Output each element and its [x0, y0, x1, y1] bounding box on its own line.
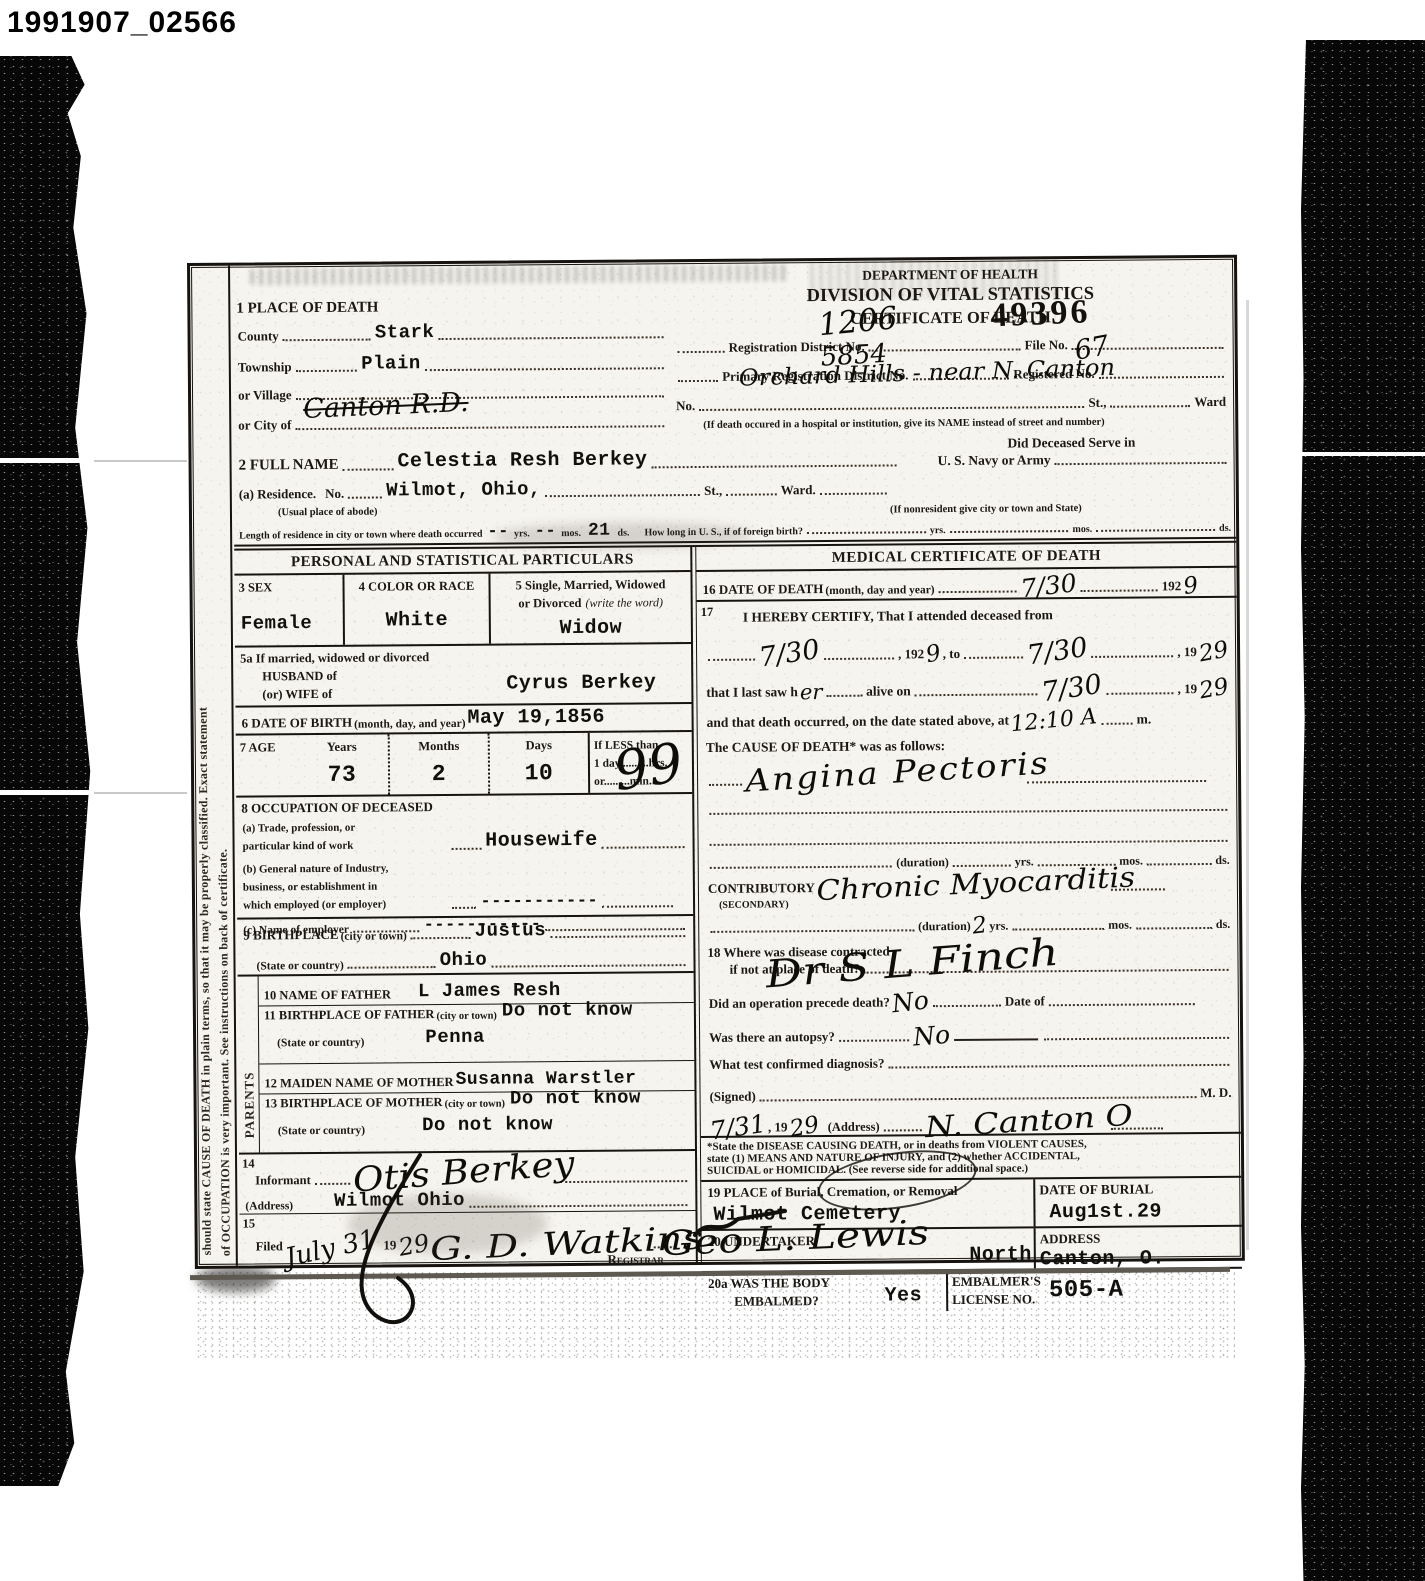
father-state-value: Penna — [425, 1026, 485, 1048]
occupation-b-label3: which employed (or employer) — [243, 898, 386, 911]
age-days-cell: Days 10 — [488, 733, 588, 794]
city-label: or City of — [238, 417, 291, 433]
dotted-leader — [869, 348, 1021, 351]
dotted-leader — [964, 656, 1023, 658]
dotted-leader — [1012, 928, 1104, 931]
test-line: What test confirmed diagnosis? — [708, 1053, 1232, 1073]
date-of-death-row: 16 DATE OF DEATH (month, day and year) 7… — [696, 568, 1236, 602]
embalmed-value: Yes — [885, 1284, 923, 1307]
county-label: County — [238, 328, 279, 344]
occupation-row: 8 OCCUPATION OF DECEASED (a) Trade, prof… — [236, 794, 693, 920]
signed-address-label: (Address) — [828, 1120, 880, 1135]
spouse-value: Cyrus Berkey — [506, 671, 656, 695]
autopsy-label: Was there an autopsy? — [709, 1029, 835, 1046]
pen-flourish-descender — [270, 1150, 530, 1350]
dotted-leader — [710, 840, 1228, 846]
howlong-ds-label: ds. — [1219, 523, 1231, 534]
embalmed-cell: 20a WAS THE BODY EMBALMED? Yes — [702, 1271, 948, 1313]
scanner-edge-right — [1301, 40, 1425, 1581]
dotted-leader — [710, 929, 914, 933]
age-years-cell: Years 73 — [296, 734, 388, 795]
secondary-label: (SECONDARY) — [719, 899, 789, 911]
dod-year-printed: 192 — [1162, 578, 1182, 594]
age-months-cell: Months 2 — [388, 734, 488, 795]
age-years-value: 73 — [328, 762, 357, 788]
father-birthplace-label: 11 BIRTHPLACE OF FATHER — [264, 1007, 435, 1023]
edge-shadow — [1246, 300, 1249, 1250]
dotted-leader — [1080, 589, 1157, 592]
operation-date-label: Date of — [1005, 993, 1045, 1009]
ward-label: Ward — [1194, 394, 1226, 410]
mother-state-value: Do not know — [422, 1113, 553, 1136]
scanner-edge-left — [0, 56, 94, 1486]
birthplace-state-line: (State or country) Ohio — [242, 947, 688, 973]
dotted-leader — [709, 784, 742, 786]
autopsy-line: Was there an autopsy? No — [708, 1019, 1232, 1046]
dotted-leader — [888, 1064, 1229, 1069]
occupation-a-value: Housewife — [485, 829, 598, 853]
dotted-leader — [824, 657, 894, 660]
certify-text: I HEREBY CERTIFY, That I attended deceas… — [743, 607, 1053, 624]
navy-line1: Did Deceased Serve in — [1007, 435, 1135, 451]
dotted-leader — [550, 935, 685, 938]
dotted-leader — [939, 590, 1016, 593]
marital-label1: 5 Single, Married, Widowed — [516, 577, 666, 592]
dotted-leader — [678, 380, 718, 382]
spouse-row: 5a If married, widowed or divorced HUSBA… — [235, 644, 691, 708]
occurred-text: and that death occurred, on the date sta… — [707, 713, 1009, 731]
abode-note: (Usual place of abode) — [278, 507, 378, 519]
scan-artifact-line — [0, 790, 94, 795]
dotted-leader — [950, 530, 1069, 533]
township-value: Plain — [361, 352, 421, 374]
last-saw-date-handwriting: 7/30 — [1040, 669, 1105, 709]
age-days-value: 10 — [525, 760, 554, 786]
residence-no-label: No. — [325, 486, 344, 502]
birthplace-line: 9 BIRTHPLACE (city or town) Justus — [242, 918, 688, 944]
operation-value-handwriting: No — [890, 985, 930, 1018]
last-saw-prefix: that I last saw h — [706, 684, 798, 701]
dotted-leader — [1027, 780, 1206, 783]
dotted-leader — [1049, 1003, 1195, 1006]
registration-district-handwriting: 1206 — [817, 303, 898, 341]
residence-row: (a) Residence. No. Wilmot, Ohio, St., Wa… — [234, 473, 1236, 521]
age-label: 7 AGE — [240, 740, 276, 754]
father-state-label: (State or country) — [277, 1037, 364, 1050]
license-cell: EMBALMER'S LICENSE NO. 505-A — [948, 1269, 1242, 1311]
street-no-label: No. — [676, 398, 695, 414]
dotted-leader — [411, 937, 471, 939]
last-saw-suffix: alive on — [866, 683, 911, 699]
birthplace-state-value: Ohio — [440, 949, 488, 971]
township-label: Township — [238, 359, 292, 375]
dotted-leader — [915, 693, 1038, 696]
dob-label: 6 DATE OF BIRTH — [242, 715, 353, 732]
father-birthplace-row: 11 BIRTHPLACE OF FATHER (city or town) D… — [259, 1003, 694, 1064]
sex-race-marital-row: 3 SEX Female 4 COLOR OR RACE White 5 Sin… — [234, 572, 691, 648]
nonresident-note-block: (If nonresident give city or town and St… — [890, 473, 1230, 516]
undertaker-typed-value: North — [969, 1243, 1032, 1266]
father-label: 10 NAME OF FATHER — [264, 987, 391, 1003]
parents-label-cell: PARENTS — [238, 976, 260, 1152]
autopsy-value-handwriting: No — [912, 1020, 951, 1052]
personal-header: PERSONAL AND STATISTICAL PARTICULARS — [234, 547, 690, 576]
death-time-line: and that death occurred, on the date sta… — [706, 707, 1230, 731]
marital-note: (write the word) — [585, 595, 663, 610]
dotted-leader — [283, 339, 371, 342]
scan-artifact-line — [94, 792, 187, 794]
father-birthplace-note: (city or town) — [436, 1011, 497, 1022]
dotted-leader — [933, 1005, 1001, 1008]
contributory-mos-label: mos. — [1108, 918, 1132, 933]
dotted-leader — [652, 464, 897, 468]
to-year-printed: , 19 — [1177, 644, 1197, 660]
occupation-b-labels: (b) General nature of Industry, business… — [243, 858, 448, 914]
saw-year-printed: , 19 — [1178, 681, 1198, 697]
occupation-b-label1: (b) General nature of Industry, — [243, 862, 389, 875]
dod-label: 16 DATE OF DEATH — [703, 581, 824, 598]
burial-date-label: DATE OF BURIAL — [1039, 1181, 1153, 1197]
dotted-leader — [560, 1180, 687, 1183]
test-label: What test confirmed diagnosis? — [709, 1056, 884, 1073]
occupation-b-value: ----------- — [480, 892, 598, 912]
birthplace-label: 9 BIRTHPLACE — [243, 927, 338, 944]
race-cell: 4 COLOR OR RACE White — [344, 574, 491, 645]
residence-value: Wilmot, Ohio, — [386, 478, 541, 501]
sex-cell: 3 SEX Female — [234, 575, 345, 646]
birthplace-value: Justus — [475, 919, 547, 942]
margin-instruction-line1: should state CAUSE OF DEATH in plain ter… — [195, 707, 214, 1256]
dotted-leader — [296, 425, 665, 430]
nonresident-note: (If nonresident give city or town and St… — [890, 503, 1082, 516]
spouse-label3: (or) WIFE of — [262, 687, 332, 702]
occupation-a-label2: particular kind of work — [243, 840, 354, 853]
dotted-leader — [726, 493, 777, 495]
occupation-b-line: (b) General nature of Industry, business… — [242, 856, 688, 914]
dotted-leader — [1099, 376, 1224, 379]
cause-label: The CAUSE OF DEATH* was as follows: — [706, 738, 945, 755]
signed-line: (Signed) M. D. — [709, 1085, 1233, 1105]
death-time-handwriting: 12:10 A — [1010, 704, 1098, 737]
occupation-flourish-handwriting: 99 — [610, 736, 686, 800]
dotted-leader — [1106, 692, 1173, 695]
contributory-ds-label: ds. — [1216, 917, 1230, 932]
occupation-a-label1: (a) Trade, profession, or — [242, 822, 355, 835]
attended-dates-line: 7/30 , 192 9 , to 7/30 , 19 29 — [705, 635, 1229, 664]
informant-number: 14 — [242, 1156, 255, 1171]
occupation-label: 8 OCCUPATION OF DECEASED — [241, 799, 433, 816]
dotted-leader — [839, 1039, 909, 1042]
signed-year-printed: , 19 — [768, 1119, 788, 1135]
dotted-leader — [425, 367, 664, 371]
dotted-leader — [709, 809, 1227, 815]
navy-line2: U. S. Navy or Army — [938, 452, 1051, 469]
dotted-leader — [1055, 462, 1227, 465]
medical-column: MEDICAL CERTIFICATE OF DEATH 16 DATE OF … — [696, 543, 1242, 1262]
last-saw-line: that I last saw h er alive on 7/30 , 19 … — [705, 672, 1229, 701]
dotted-leader — [438, 336, 663, 340]
full-name-value: Celestia Resh Berkey — [397, 448, 647, 473]
residence-ward-label: Ward. — [781, 482, 816, 498]
marital-value: Widow — [560, 617, 623, 640]
parents-label: PARENTS — [241, 1072, 258, 1139]
mother-birthplace-label: 13 BIRTHPLACE OF MOTHER — [265, 1095, 443, 1111]
license-label2: LICENSE NO. — [952, 1291, 1035, 1307]
age-years-label: Years — [327, 740, 357, 754]
dod-note: (month, day and year) — [825, 584, 934, 597]
village-label: or Village — [238, 387, 292, 403]
dotted-leader — [884, 1129, 923, 1131]
age-months-label: Months — [418, 739, 459, 753]
saw-year-handwriting: 29 — [1197, 674, 1231, 705]
residence-st-label: St., — [704, 483, 722, 499]
full-name-row: 2 FULL NAME Celestia Resh Berkey Did Dec… — [233, 433, 1235, 475]
embalmed-label1: 20a WAS THE BODY — [708, 1275, 830, 1291]
city-handwriting: Canton R.D. — [303, 389, 469, 423]
parents-section: PARENTS 10 NAME OF FATHER L James Resh 1… — [238, 973, 695, 1155]
dotted-leader — [1136, 927, 1212, 930]
parents-body: 10 NAME OF FATHER L James Resh 11 BIRTHP… — [259, 973, 695, 1152]
license-labels: EMBALMER'S LICENSE NO. — [952, 1272, 1041, 1309]
sex-label: 3 SEX — [238, 580, 272, 594]
cause-blank-line — [706, 809, 1230, 818]
marital-label2: or Divorced — [518, 596, 581, 610]
dotted-leader — [1101, 723, 1132, 725]
dotted-leader — [1111, 405, 1191, 408]
scan-artifact-line — [94, 460, 187, 462]
residence-block: (a) Residence. No. Wilmot, Ohio, St., Wa… — [238, 475, 890, 520]
dotted-leader — [452, 848, 482, 850]
dotted-leader — [699, 406, 1084, 411]
howlong-mos-label: mos. — [1072, 524, 1092, 535]
dotted-leader — [1091, 655, 1173, 658]
left-instruction-margin: should state CAUSE OF DEATH in plain ter… — [190, 266, 238, 1266]
township-line: Township Plain — [237, 350, 667, 375]
hospital-note: (If death occured in a hospital or insti… — [703, 417, 1104, 431]
cause-line: Angina Pectoris — [706, 763, 1230, 789]
st-label: St., — [1088, 395, 1106, 411]
birthplace-note: (city or town) — [341, 930, 407, 943]
residence-label: (a) Residence. — [239, 486, 316, 503]
duration-ds-label: ds. — [1215, 853, 1229, 868]
father-birthplace-value: Do not know — [502, 999, 633, 1022]
mother-state-label: (State or country) — [278, 1125, 365, 1138]
signed-label: (Signed) — [710, 1089, 756, 1105]
file-no-label: File No. — [1024, 337, 1067, 353]
birthplace-row: 9 BIRTHPLACE (city or town) Justus (Stat… — [237, 916, 693, 977]
county-line: County Stark — [236, 319, 666, 344]
dotted-leader — [452, 907, 476, 909]
last-saw-handwriting: er — [800, 680, 823, 704]
dotted-leader — [820, 493, 887, 496]
howlong-yrs-label: yrs. — [930, 525, 946, 536]
embalmed-label2: EMBALMED? — [734, 1293, 819, 1309]
burial-date-cell: DATE OF BURIAL Aug1st.29 — [1035, 1178, 1241, 1227]
cause-blank-line — [707, 840, 1231, 849]
mother-birthplace-row: 13 BIRTHPLACE OF MOTHER (city or town) D… — [260, 1091, 695, 1152]
from-year-handwriting: 9 — [924, 640, 943, 668]
age-days-label: Days — [526, 738, 553, 752]
to-year-handwriting: 29 — [1197, 637, 1231, 668]
attended-from-handwriting: 7/30 — [757, 634, 822, 674]
dotted-leader — [826, 695, 862, 697]
pen-checkmark — [690, 1205, 800, 1250]
undertaker-address-cell: ADDRESS Canton, O. — [1036, 1227, 1242, 1269]
place-title: 1 PLACE OF DEATH — [236, 299, 378, 316]
margin-instruction-line2: of OCCUPATION is very important. See ins… — [216, 848, 234, 1256]
dod-year-handwriting: 9 — [1181, 572, 1199, 600]
dotted-leader — [1147, 863, 1211, 866]
contributory-duration-label: (duration) — [918, 919, 971, 934]
spouse-label1: 5a If married, widowed or divorced — [240, 650, 429, 665]
race-label: 4 COLOR OR RACE — [359, 579, 475, 594]
to-label: , to — [943, 646, 960, 662]
scan-artifact-line — [0, 458, 94, 463]
dotted-leader — [807, 531, 926, 534]
md-label: M. D. — [1200, 1085, 1232, 1101]
dod-value-handwriting: 7/30 — [1019, 568, 1078, 603]
age-label-cell: 7 AGE — [236, 735, 296, 795]
occupation-b-label2: business, or establishment in — [243, 881, 377, 894]
certify-number: 17 — [701, 605, 714, 620]
signed-year-handwriting: 29 — [787, 1112, 821, 1143]
dotted-leader — [491, 964, 685, 968]
license-value: 505-A — [1049, 1276, 1124, 1304]
license-label1: EMBALMER'S — [952, 1273, 1041, 1289]
sex-value: Female — [241, 612, 313, 635]
dob-note: (month, day, and year) — [354, 718, 466, 731]
dotted-leader — [343, 468, 394, 470]
birthplace-state-label: (State or country) — [256, 960, 343, 973]
county-value: Stark — [375, 321, 435, 343]
dotted-leader — [1096, 529, 1215, 532]
attended-to-handwriting: 7/30 — [1025, 632, 1090, 672]
dotted-leader — [710, 865, 892, 868]
scan-file-label: 1991907_02566 — [7, 6, 237, 40]
from-year-printed: , 192 — [898, 646, 924, 662]
scanned-page: { "scan_label": "1991907_02566", "margin… — [0, 0, 1425, 1581]
dotted-leader — [296, 370, 358, 372]
signed-date-line: 7/31 , 19 29 (Address) N. Canton O — [709, 1109, 1233, 1136]
file-number-stamp: 49396 — [990, 295, 1091, 333]
occupation-a-labels: (a) Trade, profession, or particular kin… — [242, 817, 447, 855]
full-name-line: 2 FULL NAME Celestia Resh Berkey — [237, 435, 899, 474]
occurred-m-label: m. — [1137, 711, 1152, 727]
full-name-label: 2 FULL NAME — [239, 457, 339, 475]
death-certificate: should state CAUSE OF DEATH in plain ter… — [187, 255, 1245, 1269]
dob-value: May 19,1856 — [467, 706, 605, 730]
dotted-leader — [1044, 1037, 1229, 1040]
filed-number: 15 — [242, 1216, 255, 1231]
burial-date-value: Aug1st.29 — [1049, 1200, 1162, 1224]
spouse-label2: HUSBAND of — [262, 669, 337, 684]
spouse-labels: 5a If married, widowed or divorced HUSBA… — [240, 648, 430, 703]
mother-birthplace-value: Do not know — [510, 1086, 641, 1109]
registration-district-line: Registration District No. File No. — [675, 336, 1227, 356]
mother-birthplace-note: (city or town) — [445, 1099, 506, 1110]
dotted-leader — [545, 494, 700, 497]
dotted-leader — [708, 659, 755, 661]
dotted-leader — [348, 966, 436, 969]
occupation-a-line: (a) Trade, profession, or particular kin… — [241, 815, 687, 855]
marital-cell: 5 Single, Married, Widowed or Divorced (… — [490, 572, 691, 644]
certification-block: 17 I HEREBY CERTIFY, That I attended dec… — [697, 598, 1241, 1136]
dotted-leader — [602, 846, 685, 849]
race-value: White — [385, 609, 448, 632]
undertaker-address-label: ADDRESS — [1040, 1231, 1101, 1246]
smudged-stamp-text — [810, 259, 1060, 299]
mother-label: 12 MAIDEN NAME OF MOTHER — [264, 1075, 453, 1091]
dob-row: 6 DATE OF BIRTH (month, day, and year) M… — [235, 704, 691, 736]
navy-service-block: Did Deceased Serve in U. S. Navy or Army — [899, 433, 1229, 470]
length-label: Length of residence in city or town wher… — [239, 529, 482, 542]
pen-stroke — [954, 1038, 1038, 1041]
contributory-duration-line: (duration) 2 yrs. mos. ds. — [707, 911, 1231, 936]
dotted-leader — [602, 905, 672, 908]
contributory-yrs-label: yrs. — [989, 919, 1008, 934]
dotted-leader — [348, 496, 382, 498]
scan-artifact-line — [1301, 452, 1425, 456]
dotted-leader — [678, 351, 725, 353]
operation-label: Did an operation precede death? — [709, 995, 890, 1012]
age-months-value: 2 — [432, 761, 447, 787]
